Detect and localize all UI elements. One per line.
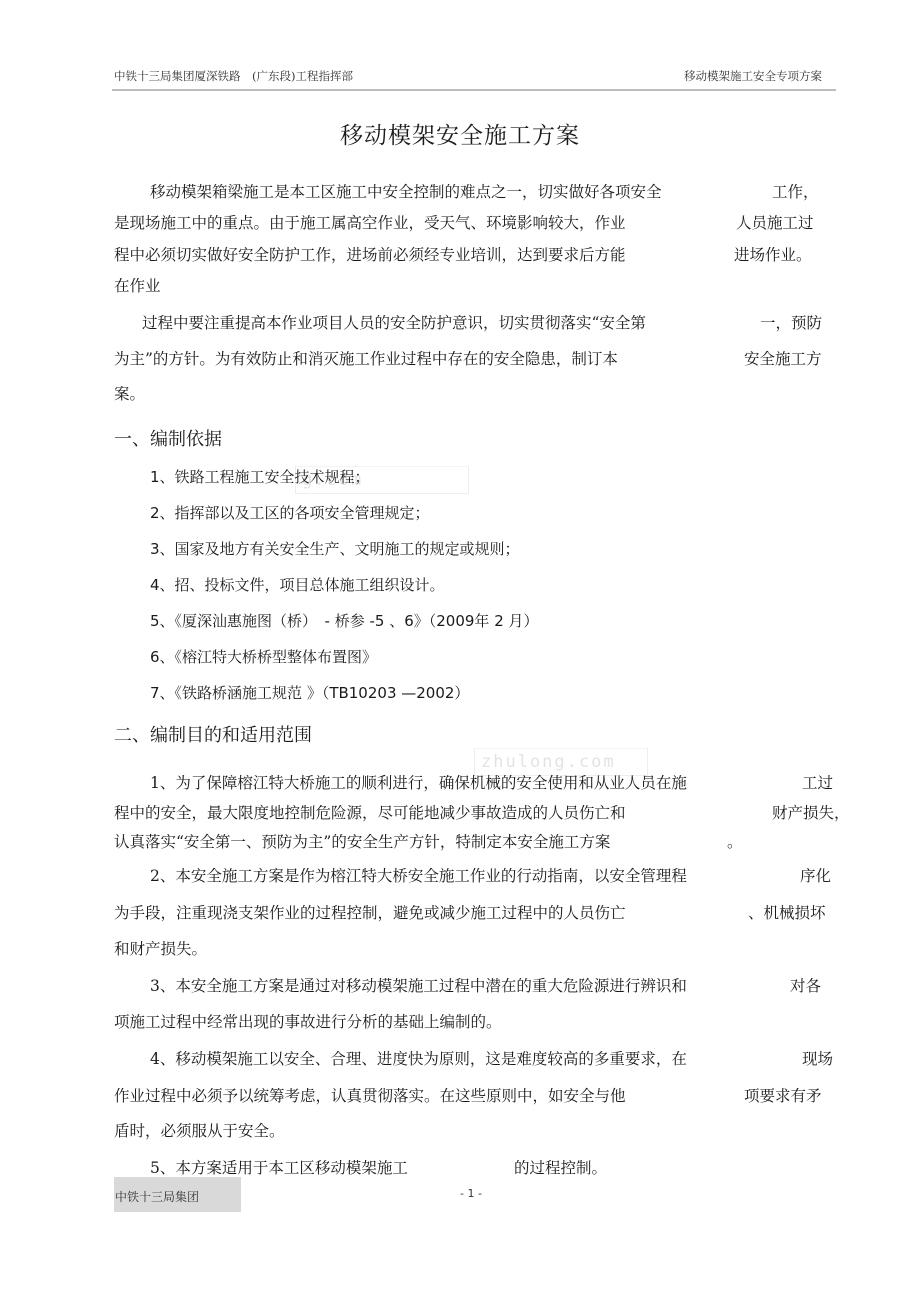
intro-p1-line2-tail: 人员施工过 [736, 213, 814, 233]
intro-p2-line3: 案。 [114, 384, 145, 404]
section-heading-purpose-scope: 二、编制目的和适用范围 [114, 721, 312, 747]
intro-p1-line1-tail: 工作， [772, 182, 819, 202]
basis-item-6: 6、《榕江特大桥桥型整体布置图》 [150, 647, 377, 667]
header-right-text: 移动模架施工安全专项方案 [684, 68, 822, 84]
purpose-item-1-line3: 认真落实“安全第一、预防为主”的安全生产方针，特制定本安全施工方案 [114, 832, 610, 852]
purpose-item-1-line1-tail: 工过 [802, 773, 833, 793]
purpose-item-2-line1-tail: 序化 [800, 866, 831, 886]
basis-item-7: 7、《铁路桥涵施工规范 》（TB10203 —2002） [150, 683, 469, 703]
purpose-item-3-line1: 3、本安全施工方案是通过对移动模架施工过程中潜在的重大危险源进行辨识和 [150, 976, 687, 996]
page-number: - 1 - [460, 1187, 482, 1200]
purpose-item-2-line3: 和财产损失。 [114, 939, 207, 959]
purpose-item-1-line1: 1、为了保障榕江特大桥施工的顺利进行，确保机械的安全使用和从业人员在施 [150, 773, 687, 793]
purpose-item-2-line2: 为手段，注重现浇支架作业的过程控制，避免或减少施工过程中的人员伤亡 [114, 903, 626, 923]
basis-item-5: 5、《厦深汕惠施图（桥） - 桥参 -5 、6》（2009年 2 月） [150, 611, 539, 631]
intro-p2-line1-tail: 一，预防 [760, 313, 822, 333]
footer-org-box: 中铁十三局集团 [114, 1177, 241, 1212]
basis-item-1: 1、铁路工程施工安全技术规程； [150, 467, 370, 487]
section-heading-basis: 一、编制依据 [114, 425, 222, 451]
intro-p2-line2-tail: 安全施工方 [744, 349, 822, 369]
purpose-item-1-line3-tail: 。 [727, 832, 743, 852]
intro-p1-line1: 移动模架箱梁施工是本工区施工中安全控制的难点之一，切实做好各项安全 [150, 182, 662, 202]
purpose-item-2-line2-tail: 、机械损坏 [748, 903, 826, 923]
purpose-item-5-line1: 5、本方案适用于本工区移动模架施工 [150, 1158, 408, 1178]
watermark: zhulong.com [474, 748, 648, 776]
purpose-item-4-line1-tail: 现场 [802, 1049, 833, 1069]
purpose-item-4-line2-tail: 项要求有矛 [744, 1086, 822, 1106]
intro-p2-line1: 过程中要注重提高本作业项目人员的安全防护意识，切实贯彻落实“安全第 [142, 313, 646, 333]
purpose-item-2-line1: 2、本安全施工方案是作为榕江特大桥安全施工作业的行动指南，以安全管理程 [150, 866, 687, 886]
purpose-item-1-line2: 程中的安全，最大限度地控制危险源，尽可能地减少事故造成的人员伤亡和 [114, 803, 626, 823]
footer-org-text: 中铁十三局集团 [115, 1188, 199, 1205]
header-left-text: 中铁十三局集团厦深铁路 (广东段)工程指挥部 [114, 68, 353, 84]
purpose-item-1-line2-tail: 财产损失， [772, 803, 850, 823]
text-run: 移动模架箱梁施工是本工区施工中安全控制的难点之一，切实做好各项安全 [150, 183, 662, 201]
header-divider [112, 89, 836, 91]
intro-p1-line4: 在作业 [114, 276, 161, 296]
purpose-item-4-line1: 4、移动模架施工以安全、合理、进度快为原则，这是难度较高的多重要求，在 [150, 1049, 687, 1069]
basis-item-3: 3、国家及地方有关安全生产、文明施工的规定或规则； [150, 539, 520, 559]
purpose-item-5-line1-tail: 的过程控制。 [514, 1158, 607, 1178]
intro-p1-line3: 程中必须切实做好安全防护工作，进场前必须经专业培训，达到要求后方能 [114, 245, 626, 265]
purpose-item-4-line2: 作业过程中必须予以统筹考虑，认真贯彻落实。在这些原则中，如安全与他 [114, 1086, 626, 1106]
intro-p1-line3-tail: 进场作业。 [734, 245, 812, 265]
document-title: 移动模架安全施工方案 [0, 117, 920, 150]
basis-item-4: 4、招、投标文件，项目总体施工组织设计。 [150, 575, 445, 595]
purpose-item-4-line3: 盾时，必须服从于安全。 [114, 1121, 285, 1141]
page-header: 中铁十三局集团厦深铁路 (广东段)工程指挥部 移动模架施工安全专项方案 [114, 66, 836, 88]
intro-p2-line2: 为主”的方针。为有效防止和消灭施工作业过程中存在的安全隐患，制订本 [114, 349, 618, 369]
purpose-item-3-line2: 项施工过程中经常出现的事故进行分析的基础上编制的。 [114, 1012, 502, 1032]
purpose-item-3-line1-tail: 对各 [790, 976, 821, 996]
intro-p1-line2: 是现场施工中的重点。由于施工属高空作业，受天气、环境影响较大，作业 [114, 213, 626, 233]
basis-item-2: 2、指挥部以及工区的各项安全管理规定； [150, 503, 430, 523]
